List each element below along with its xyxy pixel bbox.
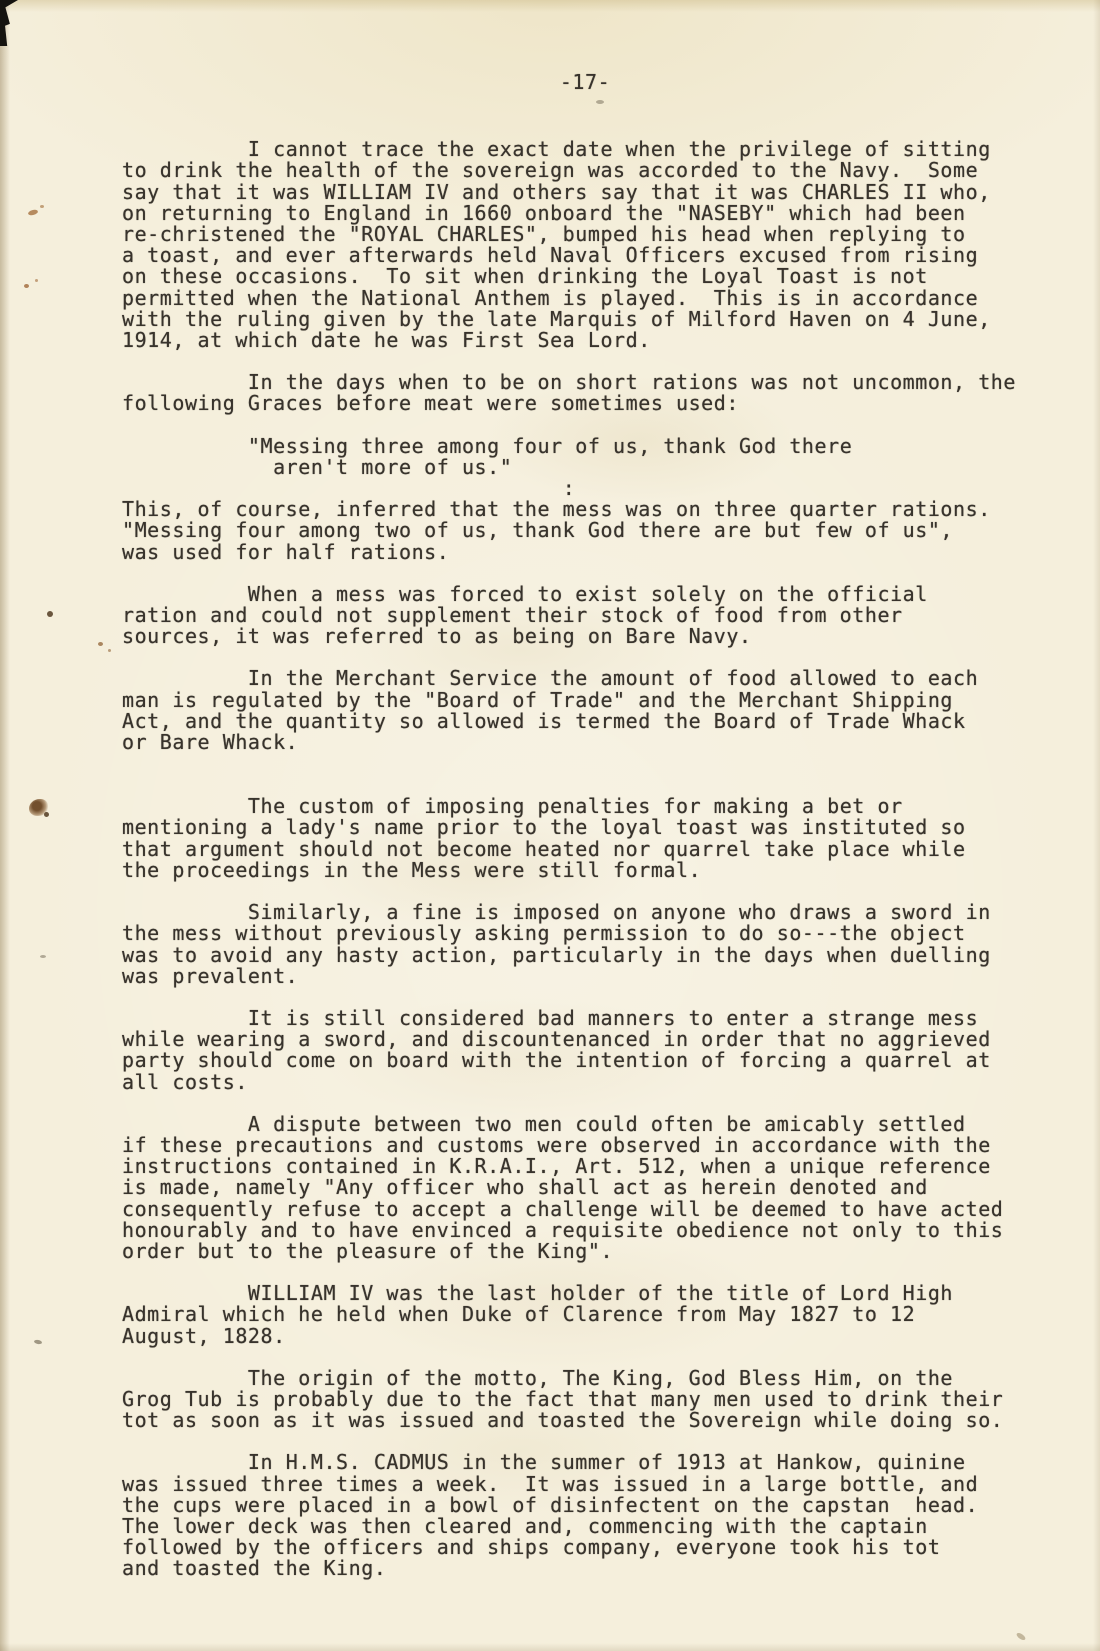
foxing-spot bbox=[44, 812, 49, 817]
paragraph-graces-intro: In the days when to be on short rations … bbox=[122, 372, 1100, 414]
paragraph-loyal-toast-origin: I cannot trace the exact date when the p… bbox=[122, 139, 1100, 351]
typewritten-text-column: -17- I cannot trace the exact date when … bbox=[122, 72, 1100, 1580]
foxing-spot bbox=[28, 209, 39, 216]
paragraph-board-of-trade-whack: In the Merchant Service the amount of fo… bbox=[122, 668, 1100, 753]
paragraph-hms-cadmus: In H.M.S. CADMUS in the summer of 1913 a… bbox=[122, 1452, 1100, 1579]
foxing-spot bbox=[108, 649, 111, 652]
paragraph-grog-tub-motto: The origin of the motto, The King, God B… bbox=[122, 1368, 1100, 1432]
paragraph-quarter-rations: This, of course, inferred that the mess … bbox=[122, 499, 1100, 563]
stray-colon-mark: : bbox=[122, 478, 1100, 499]
foxing-spot bbox=[40, 205, 44, 208]
smudge-mark bbox=[34, 1339, 43, 1344]
foxing-spot bbox=[24, 284, 29, 288]
smudge-mark bbox=[1015, 1632, 1026, 1642]
page-left-edge-shading bbox=[0, 0, 10, 1651]
smudge-mark bbox=[40, 955, 46, 958]
paragraph-bare-navy: When a mess was forced to exist solely o… bbox=[122, 584, 1100, 648]
foxing-spot bbox=[98, 642, 103, 646]
page-top-edge-shading bbox=[0, 0, 1100, 12]
scanned-document-page: { "doc": { "page_number": "-17-", "block… bbox=[0, 0, 1100, 1651]
paragraph-william-iv: WILLIAM IV was the last holder of the ti… bbox=[122, 1283, 1100, 1347]
paragraph-sword-fine: Similarly, a fine is imposed on anyone w… bbox=[122, 902, 1100, 987]
grace-quote: "Messing three among four of us, thank G… bbox=[122, 436, 1100, 478]
foxing-spot bbox=[47, 611, 53, 617]
paragraph-dispute-krai: A dispute between two men could often be… bbox=[122, 1114, 1100, 1262]
paragraph-strange-mess: It is still considered bad manners to en… bbox=[122, 1008, 1100, 1093]
foxing-spot bbox=[35, 279, 38, 282]
paragraph-betting-penalties: The custom of imposing penalties for mak… bbox=[122, 796, 1100, 881]
page-number: -17- bbox=[122, 72, 1048, 93]
page-bottom-edge-shading bbox=[0, 1643, 1100, 1651]
